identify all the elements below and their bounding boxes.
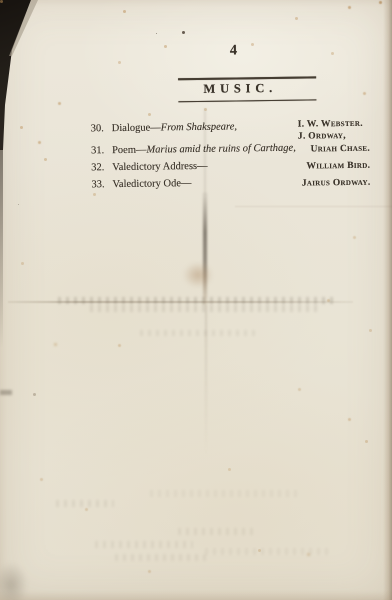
item-work-title: Marius amid the ruins of Carthage, bbox=[146, 142, 295, 155]
item-title: Poem— bbox=[112, 144, 147, 155]
scanned-page: 4 MUSIC. 30.Dialogue—From Shakspeare, I.… bbox=[0, 0, 392, 600]
program-item: 31.Poem—Marius amid the ruins of Carthag… bbox=[91, 141, 370, 157]
heading-rule-top bbox=[178, 76, 316, 80]
item-title: Dialogue— bbox=[112, 122, 161, 134]
item-title: Valedictory Address— bbox=[112, 161, 207, 173]
item-title: Valedictory Ode— bbox=[112, 178, 191, 190]
performer-name: Jairus Ordway. bbox=[302, 177, 371, 190]
section-heading: MUSIC. bbox=[203, 81, 277, 97]
performer-name: I. W. Webster. bbox=[298, 119, 363, 131]
page-number: 4 bbox=[230, 42, 238, 59]
program-item: 32.Valedictory Address— William Bird. bbox=[91, 159, 370, 175]
item-number: 30. bbox=[91, 123, 106, 135]
item-number: 31. bbox=[91, 145, 106, 157]
performer-name: Uriah Chase. bbox=[311, 142, 371, 155]
performer-names: I. W. Webster. J. Ordway, bbox=[298, 119, 363, 143]
program-item: 33.Valedictory Ode— Jairus Ordway. bbox=[91, 176, 370, 192]
heading-rule-bottom bbox=[178, 99, 316, 102]
performer-name: William Bird. bbox=[306, 160, 370, 173]
item-number: 33. bbox=[91, 179, 106, 191]
program-item: 30.Dialogue—From Shakspeare, I. W. Webst… bbox=[91, 119, 370, 135]
item-number: 32. bbox=[91, 162, 106, 174]
printed-content: 4 MUSIC. 30.Dialogue—From Shakspeare, I.… bbox=[0, 0, 392, 600]
item-work-title: From Shakspeare, bbox=[161, 121, 237, 133]
